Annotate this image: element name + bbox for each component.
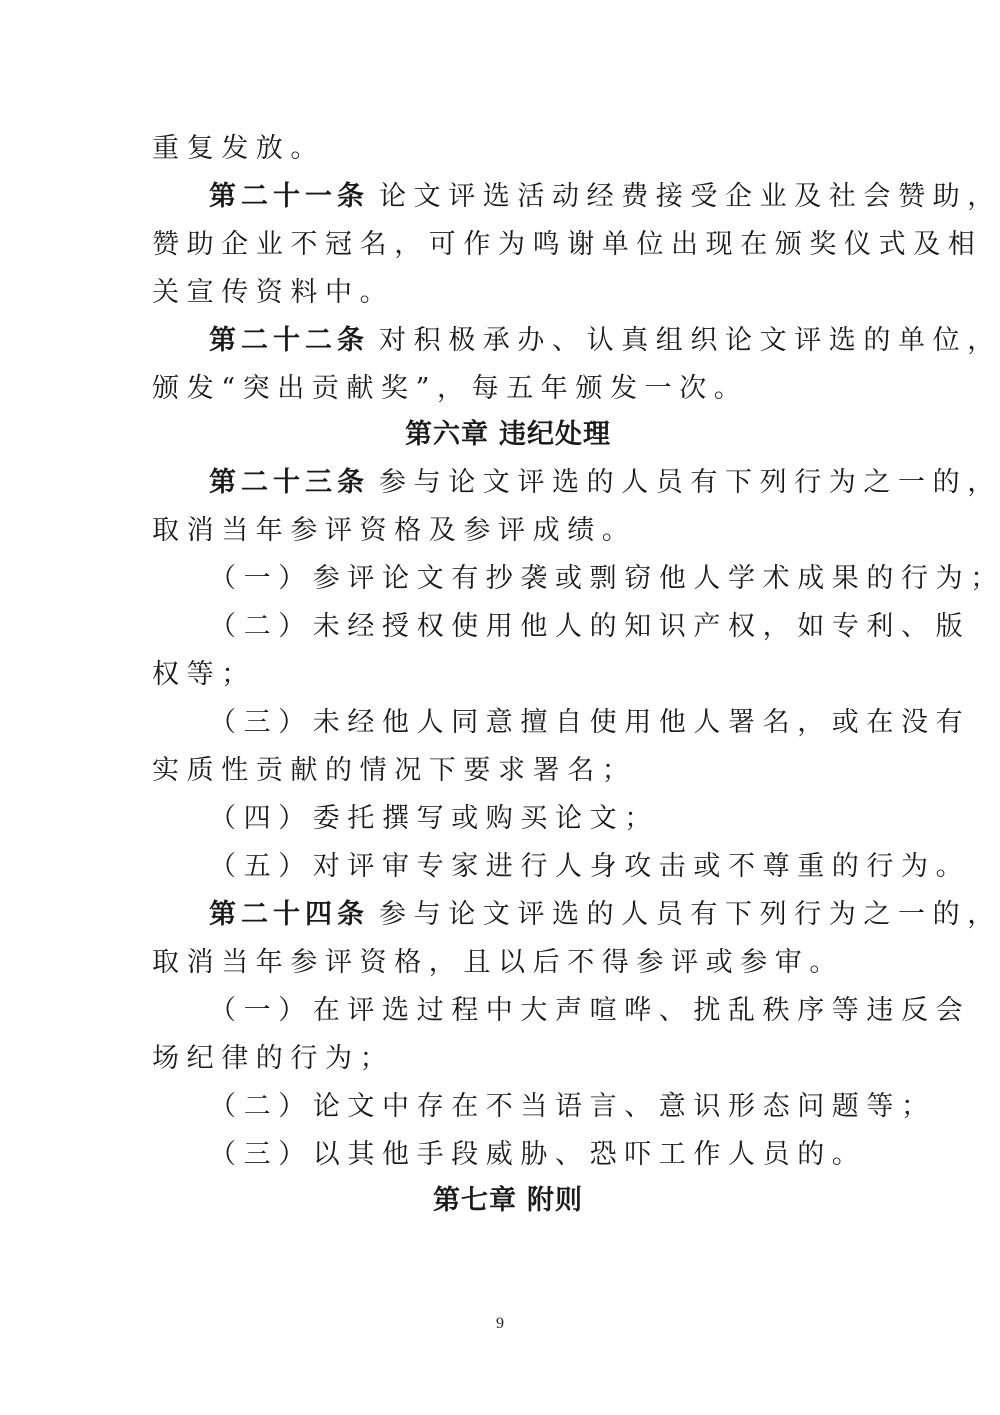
article-label: 第二十二条 xyxy=(209,325,369,356)
article-label: 第二十一条 xyxy=(209,181,369,212)
article-text: 对积极承办、认真组织论文评选的单位， xyxy=(379,325,1000,356)
list-item: （三）以其他手段威胁、恐吓工作人员的。 xyxy=(209,1132,866,1178)
chapter-heading-7: 第七章附则 xyxy=(152,1178,864,1224)
article-label: 第二十三条 xyxy=(209,467,369,498)
list-item: （五）对评审专家进行人身攻击或不尊重的行为。 xyxy=(209,844,970,890)
article-21: 第二十一条论文评选活动经费接受企业及社会赞助， xyxy=(209,174,1000,220)
chapter-heading-6: 第六章违纪处理 xyxy=(152,412,864,458)
paragraph-line: 重复发放。 xyxy=(152,126,325,172)
paragraph-line: 关宣传资料中。 xyxy=(152,270,394,316)
list-item: （一）在评选过程中大声喧哗、扰乱秩序等违反会 xyxy=(209,988,970,1034)
list-item: （三）未经他人同意擅自使用他人署名，或在没有 xyxy=(209,700,970,746)
page-number: 9 xyxy=(0,1315,1000,1333)
paragraph-line: 赞助企业不冠名，可作为鸣谢单位出现在颁奖仪式及相 xyxy=(152,222,982,268)
list-item: （一）参评论文有抄袭或剽窃他人学术成果的行为； xyxy=(209,556,1000,602)
chapter-number: 第六章 xyxy=(405,419,489,450)
list-item-continuation: 权等； xyxy=(152,652,256,698)
chapter-title: 附则 xyxy=(527,1185,583,1216)
list-item: （四）委托撰写或购买论文； xyxy=(209,796,659,842)
list-item: （二）未经授权使用他人的知识产权，如专利、版 xyxy=(209,604,970,650)
chapter-title: 违纪处理 xyxy=(499,419,611,450)
article-label: 第二十四条 xyxy=(209,899,369,930)
paragraph-line: 颁发“突出贡献奖”，每五年颁发一次。 xyxy=(152,366,748,412)
list-item-continuation: 场纪律的行为； xyxy=(152,1036,394,1082)
article-22: 第二十二条对积极承办、认真组织论文评选的单位， xyxy=(209,318,1000,364)
list-item-continuation: 实质性贡献的情况下要求署名； xyxy=(152,748,636,794)
chapter-number: 第七章 xyxy=(433,1185,517,1216)
list-item: （二）论文中存在不当语言、意识形态问题等； xyxy=(209,1084,936,1130)
paragraph-line: 取消当年参评资格，且以后不得参评或参审。 xyxy=(152,940,844,986)
article-text: 参与论文评选的人员有下列行为之一的， xyxy=(379,467,1000,498)
article-23: 第二十三条参与论文评选的人员有下列行为之一的， xyxy=(209,460,1000,506)
article-text: 论文评选活动经费接受企业及社会赞助， xyxy=(379,181,1000,212)
article-24: 第二十四条参与论文评选的人员有下列行为之一的， xyxy=(209,892,1000,938)
paragraph-line: 取消当年参评资格及参评成绩。 xyxy=(152,508,636,554)
article-text: 参与论文评选的人员有下列行为之一的， xyxy=(379,899,1000,930)
